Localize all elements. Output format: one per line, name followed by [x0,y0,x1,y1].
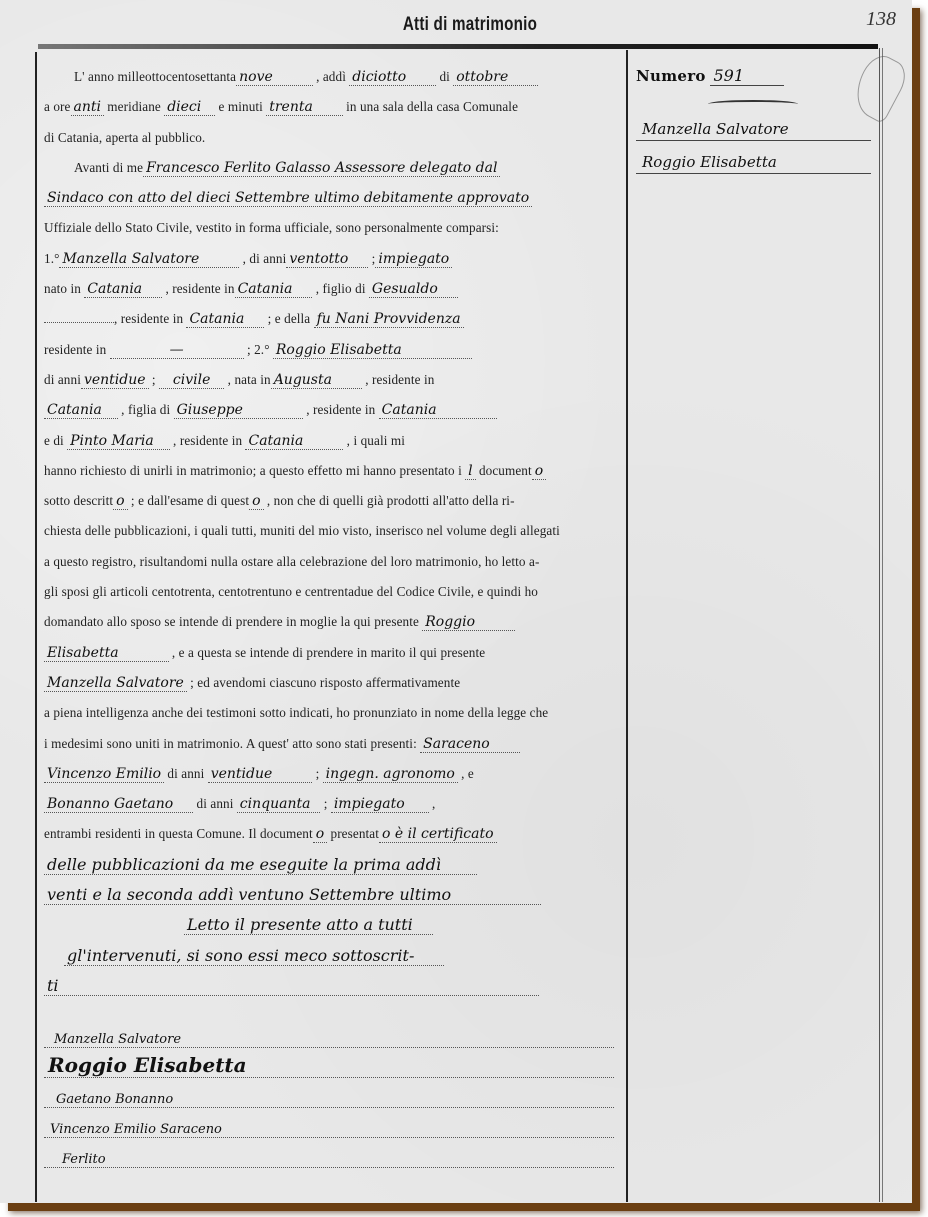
record-line: entrambi residenti in questa Comune. Il … [44,819,622,849]
record-line: Catania , figlia di Giuseppe , residente… [44,395,622,425]
record-line: hanno richiesto di unirli in matrimonio;… [44,456,622,486]
record-line: Sindaco con atto del dieci Settembre ult… [44,183,622,213]
record-line: L' anno milleottocentosettantanove , add… [44,62,622,92]
record-line: Vincenzo Emilio di anni ventidue ; ingeg… [44,759,622,789]
record-line: gli sposi gli articoli centotrenta, cent… [44,577,622,607]
record-line: residente in — ; 2.° Roggio Elisabetta [44,335,622,365]
signature-line: Manzella Salvatore [44,1022,614,1052]
margin-groom-name: Manzella Salvatore [636,116,871,141]
record-body: L' anno milleottocentosettantanove , add… [44,62,622,1001]
record-line: di Catania, aperta al pubblico. [44,123,622,153]
record-number: Numero 591 [636,66,876,86]
record-line: 1.°Manzella Salvatore , di anniventotto … [44,244,622,274]
record-line: Bonanno Gaetano di anni cinquanta ; impi… [44,789,622,819]
signature-line: Vincenzo Emilio Saraceno [44,1112,614,1142]
record-line: a questo registro, risultandomi nulla os… [44,547,622,577]
signature-officer: Ferlito [62,1152,106,1167]
document-page: Atti di matrimonio 138 Numero 591 Manzel… [0,0,912,1203]
record-line: di anniventidue ; civile , nata inAugust… [44,365,622,395]
record-line: chiesta delle pubblicazioni, i quali tut… [44,516,622,546]
record-line: Letto il presente atto a tutti [44,910,622,940]
record-line: sotto descritto ; e dall'esame di questo… [44,486,622,516]
margin-bride-name: Roggio Elisabetta [636,149,871,174]
signature-bride: Roggio Elisabetta [48,1053,247,1077]
signature-groom: Manzella Salvatore [54,1032,181,1047]
record-line: Manzella Salvatore ; ed avendomi ciascun… [44,668,622,698]
right-margin-rule [879,48,880,1202]
record-line: a oreanti meridiane dieci e minuti trent… [44,92,622,122]
signature-line: Gaetano Bonanno [44,1082,614,1112]
record-line: i medesimi sono uniti in matrimonio. A q… [44,729,622,759]
record-line: , residente in Catania ; e della fu Nani… [44,304,622,334]
record-line: a piena intelligenza anche dei testimoni… [44,698,622,728]
flourish-divider [708,100,798,108]
margin-column: Numero 591 Manzella Salvatore Roggio Eli… [636,66,876,174]
signature-line: Ferlito [44,1142,614,1172]
signature-line: Roggio Elisabetta [44,1052,614,1082]
record-line: Elisabetta , e a questa se intende di pr… [44,638,622,668]
top-rule [38,44,878,49]
left-margin-rule [35,52,37,1202]
record-line: delle pubblicazioni da me eseguite la pr… [44,850,622,880]
record-number-label: Numero [636,67,706,85]
record-line: ti [44,971,622,1001]
signature-witness-2: Vincenzo Emilio Saraceno [50,1122,222,1137]
record-line: e di Pinto Maria , residente in Catania … [44,426,622,456]
page-number: 138 [866,8,896,31]
signature-witness-1: Gaetano Bonanno [56,1092,173,1107]
record-number-value: 591 [710,66,785,86]
record-line: Uffiziale dello Stato Civile, vestito in… [44,213,622,243]
record-line: nato in Catania , residente inCatania , … [44,274,622,304]
right-margin-rule-inner [882,48,883,1202]
record-line: venti e la seconda addì ventuno Settembr… [44,880,622,910]
column-divider [626,50,628,1202]
record-line: domandato allo sposo se intende di prend… [44,607,622,637]
signatures: Manzella Salvatore Roggio Elisabetta Gae… [44,1022,614,1172]
record-line: Avanti di meFrancesco Ferlito Galasso As… [44,153,622,183]
page-title: Atti di matrimonio [94,14,846,36]
record-line: gl'intervenuti, si sono essi meco sottos… [44,941,622,971]
